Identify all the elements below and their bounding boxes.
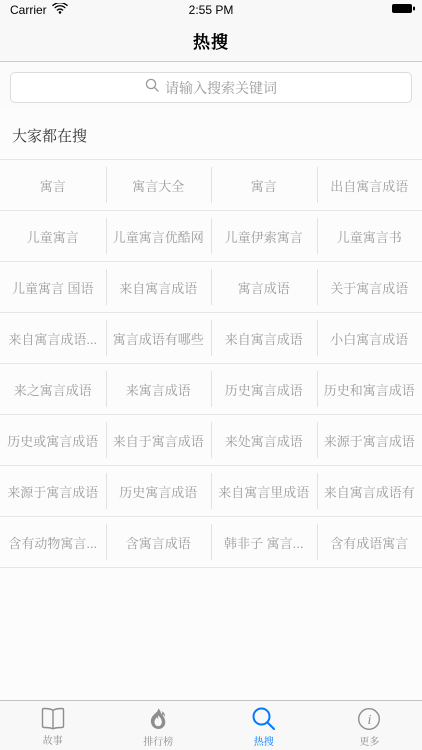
hot-search-term[interactable]: 来源于寓言成语	[0, 466, 106, 516]
info-icon: i	[357, 707, 381, 731]
hot-search-term[interactable]: 寓言	[0, 160, 106, 210]
hot-search-term[interactable]: 来寓言成语	[106, 364, 212, 414]
hot-search-grid: 寓言寓言大全寓言出自寓言成语儿童寓言儿童寓言优酷网儿童伊索寓言儿童寓言书儿童寓言…	[0, 159, 422, 568]
hot-search-term[interactable]: 来自寓言成语...	[0, 313, 106, 363]
hot-search-term[interactable]: 历史和寓言成语	[317, 364, 422, 414]
grid-row: 寓言寓言大全寓言出自寓言成语	[0, 160, 422, 211]
grid-row: 历史或寓言成语来自于寓言成语来处寓言成语来源于寓言成语	[0, 415, 422, 466]
hot-search-term[interactable]: 寓言大全	[106, 160, 212, 210]
hot-search-term[interactable]: 儿童寓言书	[317, 211, 422, 261]
grid-row: 来自寓言成语...寓言成语有哪些来自寓言成语小白寓言成语	[0, 313, 422, 364]
tab-stories[interactable]: 故事	[0, 701, 106, 750]
hot-search-term[interactable]: 历史寓言成语	[106, 466, 212, 516]
hot-search-term[interactable]: 含有成语寓言	[317, 517, 422, 567]
tab-label: 更多	[359, 733, 379, 748]
hot-search-term[interactable]: 来处寓言成语	[211, 415, 317, 465]
hot-search-term[interactable]: 来自寓言里成语	[211, 466, 317, 516]
hot-search-term[interactable]: 历史寓言成语	[211, 364, 317, 414]
hot-search-term[interactable]: 关于寓言成语	[317, 262, 422, 312]
content-spacer	[0, 568, 422, 700]
hot-search-term[interactable]: 儿童寓言	[0, 211, 106, 261]
tab-more[interactable]: i 更多	[317, 701, 422, 750]
grid-row: 含有动物寓言...含寓言成语韩非子 寓言...含有成语寓言	[0, 517, 422, 568]
tab-hot-search[interactable]: 热搜	[211, 701, 317, 750]
tab-label: 排行榜	[143, 733, 173, 748]
search-placeholder: 请输入搜索关键词	[165, 78, 277, 98]
hot-search-term[interactable]: 来源于寓言成语	[317, 415, 422, 465]
hot-search-term[interactable]: 儿童寓言 国语	[0, 262, 106, 312]
hot-search-term[interactable]: 出自寓言成语	[317, 160, 422, 210]
hot-search-term[interactable]: 来自寓言成语	[106, 262, 212, 312]
tab-label: 故事	[43, 732, 63, 747]
hot-search-term[interactable]: 历史或寓言成语	[0, 415, 106, 465]
hot-search-term[interactable]: 来自寓言成语有	[317, 466, 422, 516]
wifi-icon	[52, 3, 68, 17]
hot-search-term[interactable]: 韩非子 寓言...	[211, 517, 317, 567]
hot-search-term[interactable]: 含有动物寓言...	[0, 517, 106, 567]
hot-search-term[interactable]: 含寓言成语	[106, 517, 212, 567]
hot-search-term[interactable]: 来之寓言成语	[0, 364, 106, 414]
grid-row: 来源于寓言成语历史寓言成语来自寓言里成语来自寓言成语有	[0, 466, 422, 517]
grid-row: 儿童寓言儿童寓言优酷网儿童伊索寓言儿童寓言书	[0, 211, 422, 262]
tab-label: 热搜	[254, 733, 274, 748]
hot-search-term[interactable]: 来自寓言成语	[211, 313, 317, 363]
page-title: 热搜	[193, 28, 229, 53]
svg-text:i: i	[368, 713, 372, 728]
search-icon	[145, 78, 159, 97]
search-tab-icon	[251, 706, 276, 731]
carrier-label: Carrier	[10, 3, 47, 17]
hot-search-term[interactable]: 小白寓言成语	[317, 313, 422, 363]
nav-bar: 热搜	[0, 20, 422, 62]
battery-icon	[391, 3, 416, 17]
flame-icon	[146, 707, 170, 731]
tab-bar: 故事 排行榜 热搜 i 更多	[0, 700, 422, 750]
status-bar: 2:55 PM Carrier	[0, 0, 422, 20]
hot-search-term[interactable]: 儿童寓言优酷网	[106, 211, 212, 261]
grid-row: 来之寓言成语来寓言成语历史寓言成语历史和寓言成语	[0, 364, 422, 415]
search-section: 请输入搜索关键词	[0, 62, 422, 109]
tab-rankings[interactable]: 排行榜	[106, 701, 212, 750]
section-header: 大家都在搜	[0, 109, 422, 159]
hot-search-term[interactable]: 寓言成语有哪些	[106, 313, 212, 363]
hot-search-term[interactable]: 寓言成语	[211, 262, 317, 312]
search-input[interactable]: 请输入搜索关键词	[10, 72, 412, 103]
hot-search-term[interactable]: 来自于寓言成语	[106, 415, 212, 465]
hot-search-term[interactable]: 寓言	[211, 160, 317, 210]
grid-row: 儿童寓言 国语来自寓言成语寓言成语关于寓言成语	[0, 262, 422, 313]
hot-search-term[interactable]: 儿童伊索寓言	[211, 211, 317, 261]
book-icon	[40, 707, 66, 730]
